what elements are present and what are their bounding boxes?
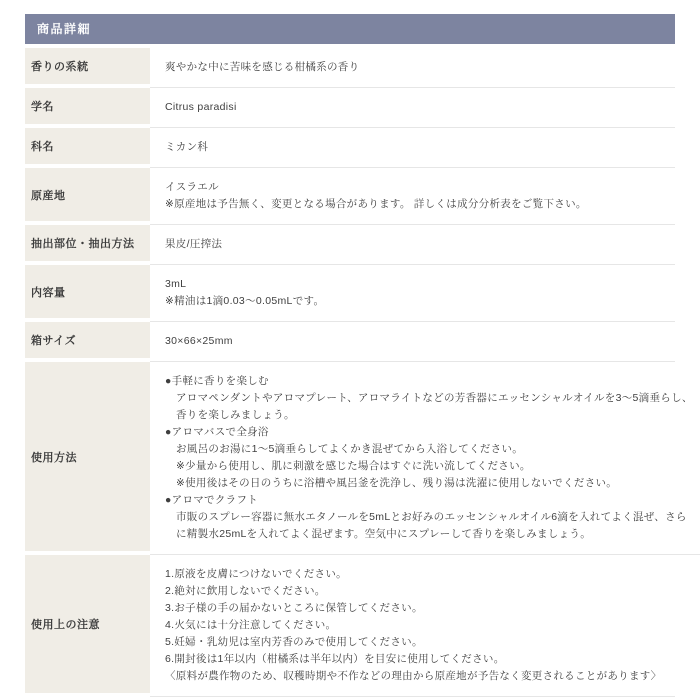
table-row: 使用方法 ●手軽に香りを楽しむ アロマペンダントやアロマプレート、アロマライトな…: [25, 362, 675, 555]
usage-line: 市販のスプレー容器に無水エタノールを5mLとお好みのエッセンシャルオイル6滴を入…: [165, 509, 693, 526]
table-row: 原産地 イスラエル ※原産地は予告無く、変更となる場合があります。 詳しくは成分…: [25, 168, 675, 225]
value-note-line: ※原産地は予告無く、変更となる場合があります。 詳しくは成分分析表をご覧下さい。: [165, 196, 665, 213]
precaution-line: 1.原液を皮膚につけないでください。: [165, 566, 665, 583]
value-line: Citrus paradisi: [165, 99, 665, 116]
row-value: 爽やかな中に苦味を感じる柑橘系の香り: [150, 48, 675, 88]
row-value: Citrus paradisi: [150, 88, 675, 128]
value-line: 30×66×25mm: [165, 333, 665, 350]
row-label-volume: 内容量: [25, 265, 150, 322]
row-value: ミカン科: [150, 128, 675, 168]
row-value-precautions: 1.原液を皮膚につけないでください。 2.絶対に飲用しないでください。 3.お子…: [150, 555, 675, 697]
row-value: 30×66×25mm: [150, 322, 675, 362]
table-row: 学名 Citrus paradisi: [25, 88, 675, 128]
value-line: イスラエル: [165, 179, 665, 196]
table-row: 科名 ミカン科: [25, 128, 675, 168]
row-label-origin: 原産地: [25, 168, 150, 225]
usage-note-line: ※使用後はその日のうちに浴槽や風呂釜を洗浄し、残り湯は洗濯に使用しないでください…: [165, 475, 693, 492]
usage-note-line: ※少量から使用し、肌に刺激を感じた場合はすぐに洗い流してください。: [165, 458, 693, 475]
row-label-usage: 使用方法: [25, 362, 150, 555]
usage-line: アロマペンダントやアロマプレート、アロマライトなどの芳香器にエッセンシャルオイル…: [165, 390, 693, 407]
table-row: 箱サイズ 30×66×25mm: [25, 322, 675, 362]
row-label-extraction: 抽出部位・抽出方法: [25, 225, 150, 265]
section-title: 商品詳細: [25, 14, 675, 44]
table-row: 香りの系統 爽やかな中に苦味を感じる柑橘系の香り: [25, 48, 675, 88]
value-line: 3mL: [165, 276, 665, 293]
row-label-precautions: 使用上の注意: [25, 555, 150, 697]
usage-line: に精製水25mLを入れてよく混ぜます。空気中にスプレーして香りを楽しみましょう。: [165, 526, 693, 543]
value-line: 果皮/圧搾法: [165, 236, 665, 253]
precaution-line: 4.火気には十分注意してください。: [165, 617, 665, 634]
value-line: ミカン科: [165, 139, 665, 156]
table-row: 抽出部位・抽出方法 果皮/圧搾法: [25, 225, 675, 265]
row-label-fragrance-type: 香りの系統: [25, 48, 150, 88]
row-value: 果皮/圧搾法: [150, 225, 675, 265]
precaution-line: 6.開封後は1年以内（柑橘系は半年以内）を目安に使用してください。: [165, 651, 665, 668]
product-detail-panel: 商品詳細 香りの系統 爽やかな中に苦味を感じる柑橘系の香り 学名 Citrus …: [25, 14, 675, 697]
precaution-line: 3.お子様の手の届かないところに保管してください。: [165, 600, 665, 617]
precaution-line: 5.妊婦・乳幼児は室内芳香のみで使用してください。: [165, 634, 665, 651]
usage-bullet-line: ●手軽に香りを楽しむ: [165, 373, 693, 390]
precaution-line: 2.絶対に飲用しないでください。: [165, 583, 665, 600]
product-detail-table: 香りの系統 爽やかな中に苦味を感じる柑橘系の香り 学名 Citrus parad…: [25, 48, 675, 697]
usage-bullet-line: ●アロマでクラフト: [165, 492, 693, 509]
row-value: 3mL ※精油は1滴0.03〜0.05mLです。: [150, 265, 675, 322]
usage-bullet-line: ●アロマバスで全身浴: [165, 424, 693, 441]
row-label-scientific-name: 学名: [25, 88, 150, 128]
usage-line: 香りを楽しみましょう。: [165, 407, 693, 424]
value-line: 爽やかな中に苦味を感じる柑橘系の香り: [165, 59, 665, 76]
precaution-note-line: 〈原料が農作物のため、収穫時期や不作などの理由から原産地が予告なく変更されること…: [165, 668, 665, 685]
table-row: 使用上の注意 1.原液を皮膚につけないでください。 2.絶対に飲用しないでくださ…: [25, 555, 675, 697]
table-row: 内容量 3mL ※精油は1滴0.03〜0.05mLです。: [25, 265, 675, 322]
usage-line: お風呂のお湯に1〜5滴垂らしてよくかき混ぜてから入浴してください。: [165, 441, 693, 458]
value-note-line: ※精油は1滴0.03〜0.05mLです。: [165, 293, 665, 310]
row-label-family-name: 科名: [25, 128, 150, 168]
row-label-box-size: 箱サイズ: [25, 322, 150, 362]
row-value-usage: ●手軽に香りを楽しむ アロマペンダントやアロマプレート、アロマライトなどの芳香器…: [150, 362, 700, 555]
row-value: イスラエル ※原産地は予告無く、変更となる場合があります。 詳しくは成分分析表を…: [150, 168, 675, 225]
